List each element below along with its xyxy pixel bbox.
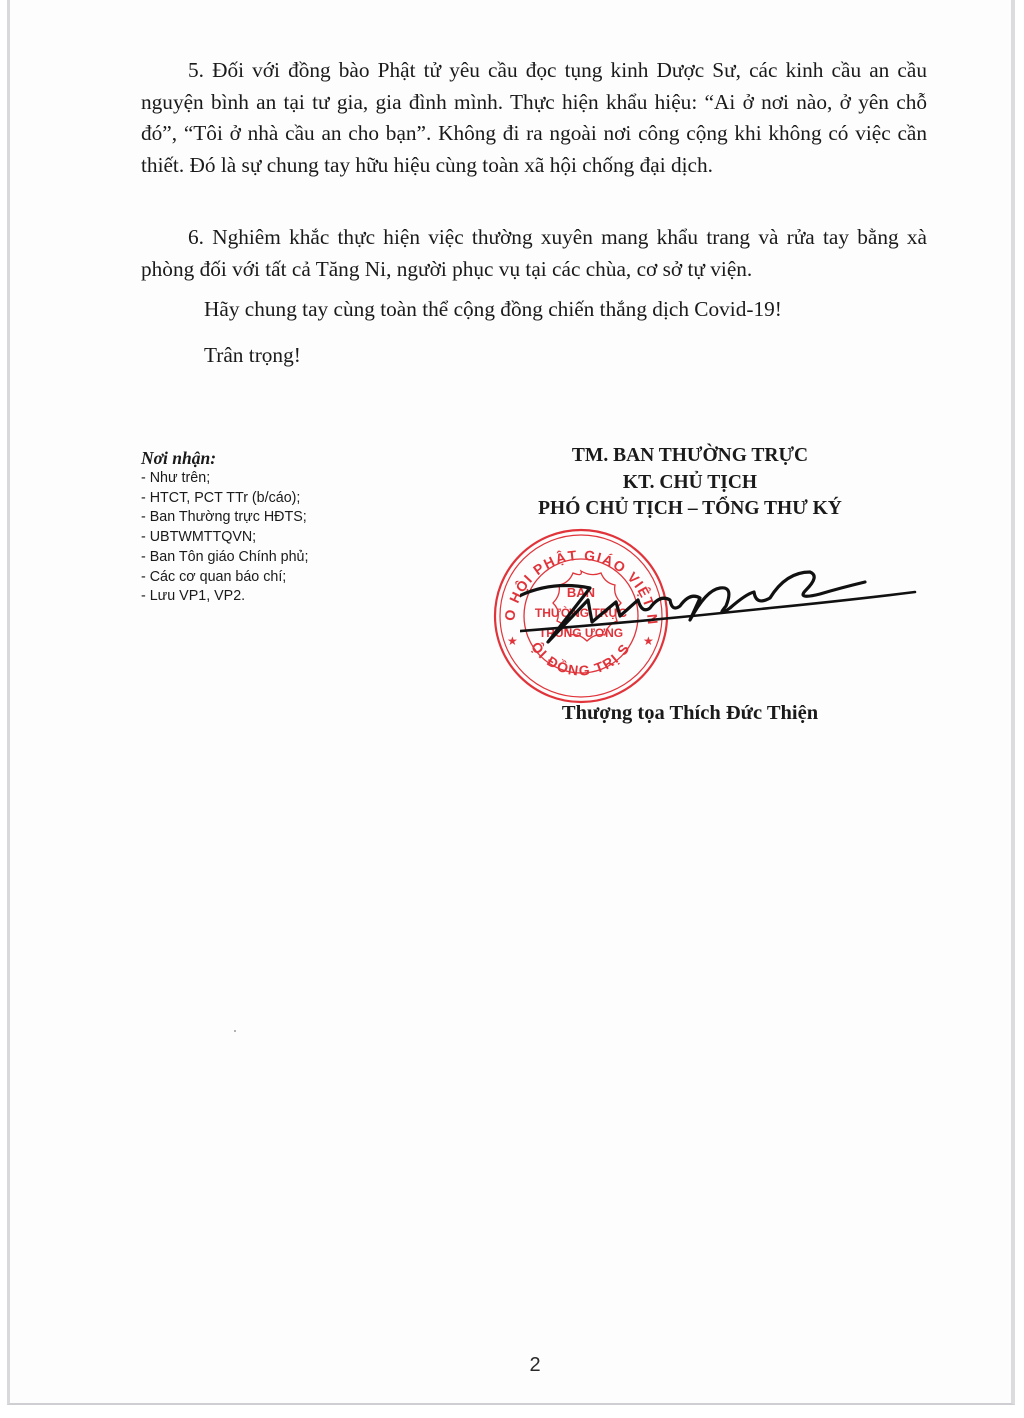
closing-appeal: Hãy chung tay cùng toàn thể cộng đồng ch… [204,294,782,326]
recipient-item: - Như trên; [141,469,308,489]
scan-speck [234,1030,236,1032]
signature-title-line-3: PHÓ CHỦ TỊCH – TỔNG THƯ KÝ [490,496,890,523]
recipients-heading: Nơi nhận: [141,447,308,469]
paragraph-item-6: 6. Nghiêm khắc thực hiện việc thường xuy… [141,222,927,285]
document-page: 5. Đối với đồng bào Phật tử yêu cầu đọc … [7,0,1015,1405]
handwritten-signature-icon [520,550,920,660]
svg-text:★: ★ [507,634,518,648]
recipients-list: Nơi nhận: - Như trên; - HTCT, PCT TTr (b… [141,447,308,607]
page-number: 2 [510,1354,560,1377]
signer-name: Thượng tọa Thích Đức Thiện [490,699,890,727]
signature-title-line-2: KT. CHỦ TỊCH [490,470,890,497]
recipient-item: - Ban Thường trực HĐTS; [141,508,308,528]
recipient-item: - HTCT, PCT TTr (b/cáo); [141,489,308,509]
closing-regards: Trân trọng! [204,340,301,372]
paragraph-text: 5. Đối với đồng bào Phật tử yêu cầu đọc … [141,55,927,181]
recipient-item: - Ban Tôn giáo Chính phủ; [141,548,308,568]
paragraph-text: 6. Nghiêm khắc thực hiện việc thường xuy… [141,222,927,285]
recipient-item: - Lưu VP1, VP2. [141,587,308,607]
recipient-item: - Các cơ quan báo chí; [141,568,308,588]
recipient-item: - UBTWMTTQVN; [141,528,308,548]
paragraph-item-5: 5. Đối với đồng bào Phật tử yêu cầu đọc … [141,55,927,181]
signature-title-line-1: TM. BAN THƯỜNG TRỰC [490,443,890,470]
signature-block-header: TM. BAN THƯỜNG TRỰC KT. CHỦ TỊCH PHÓ CHỦ… [490,443,890,523]
